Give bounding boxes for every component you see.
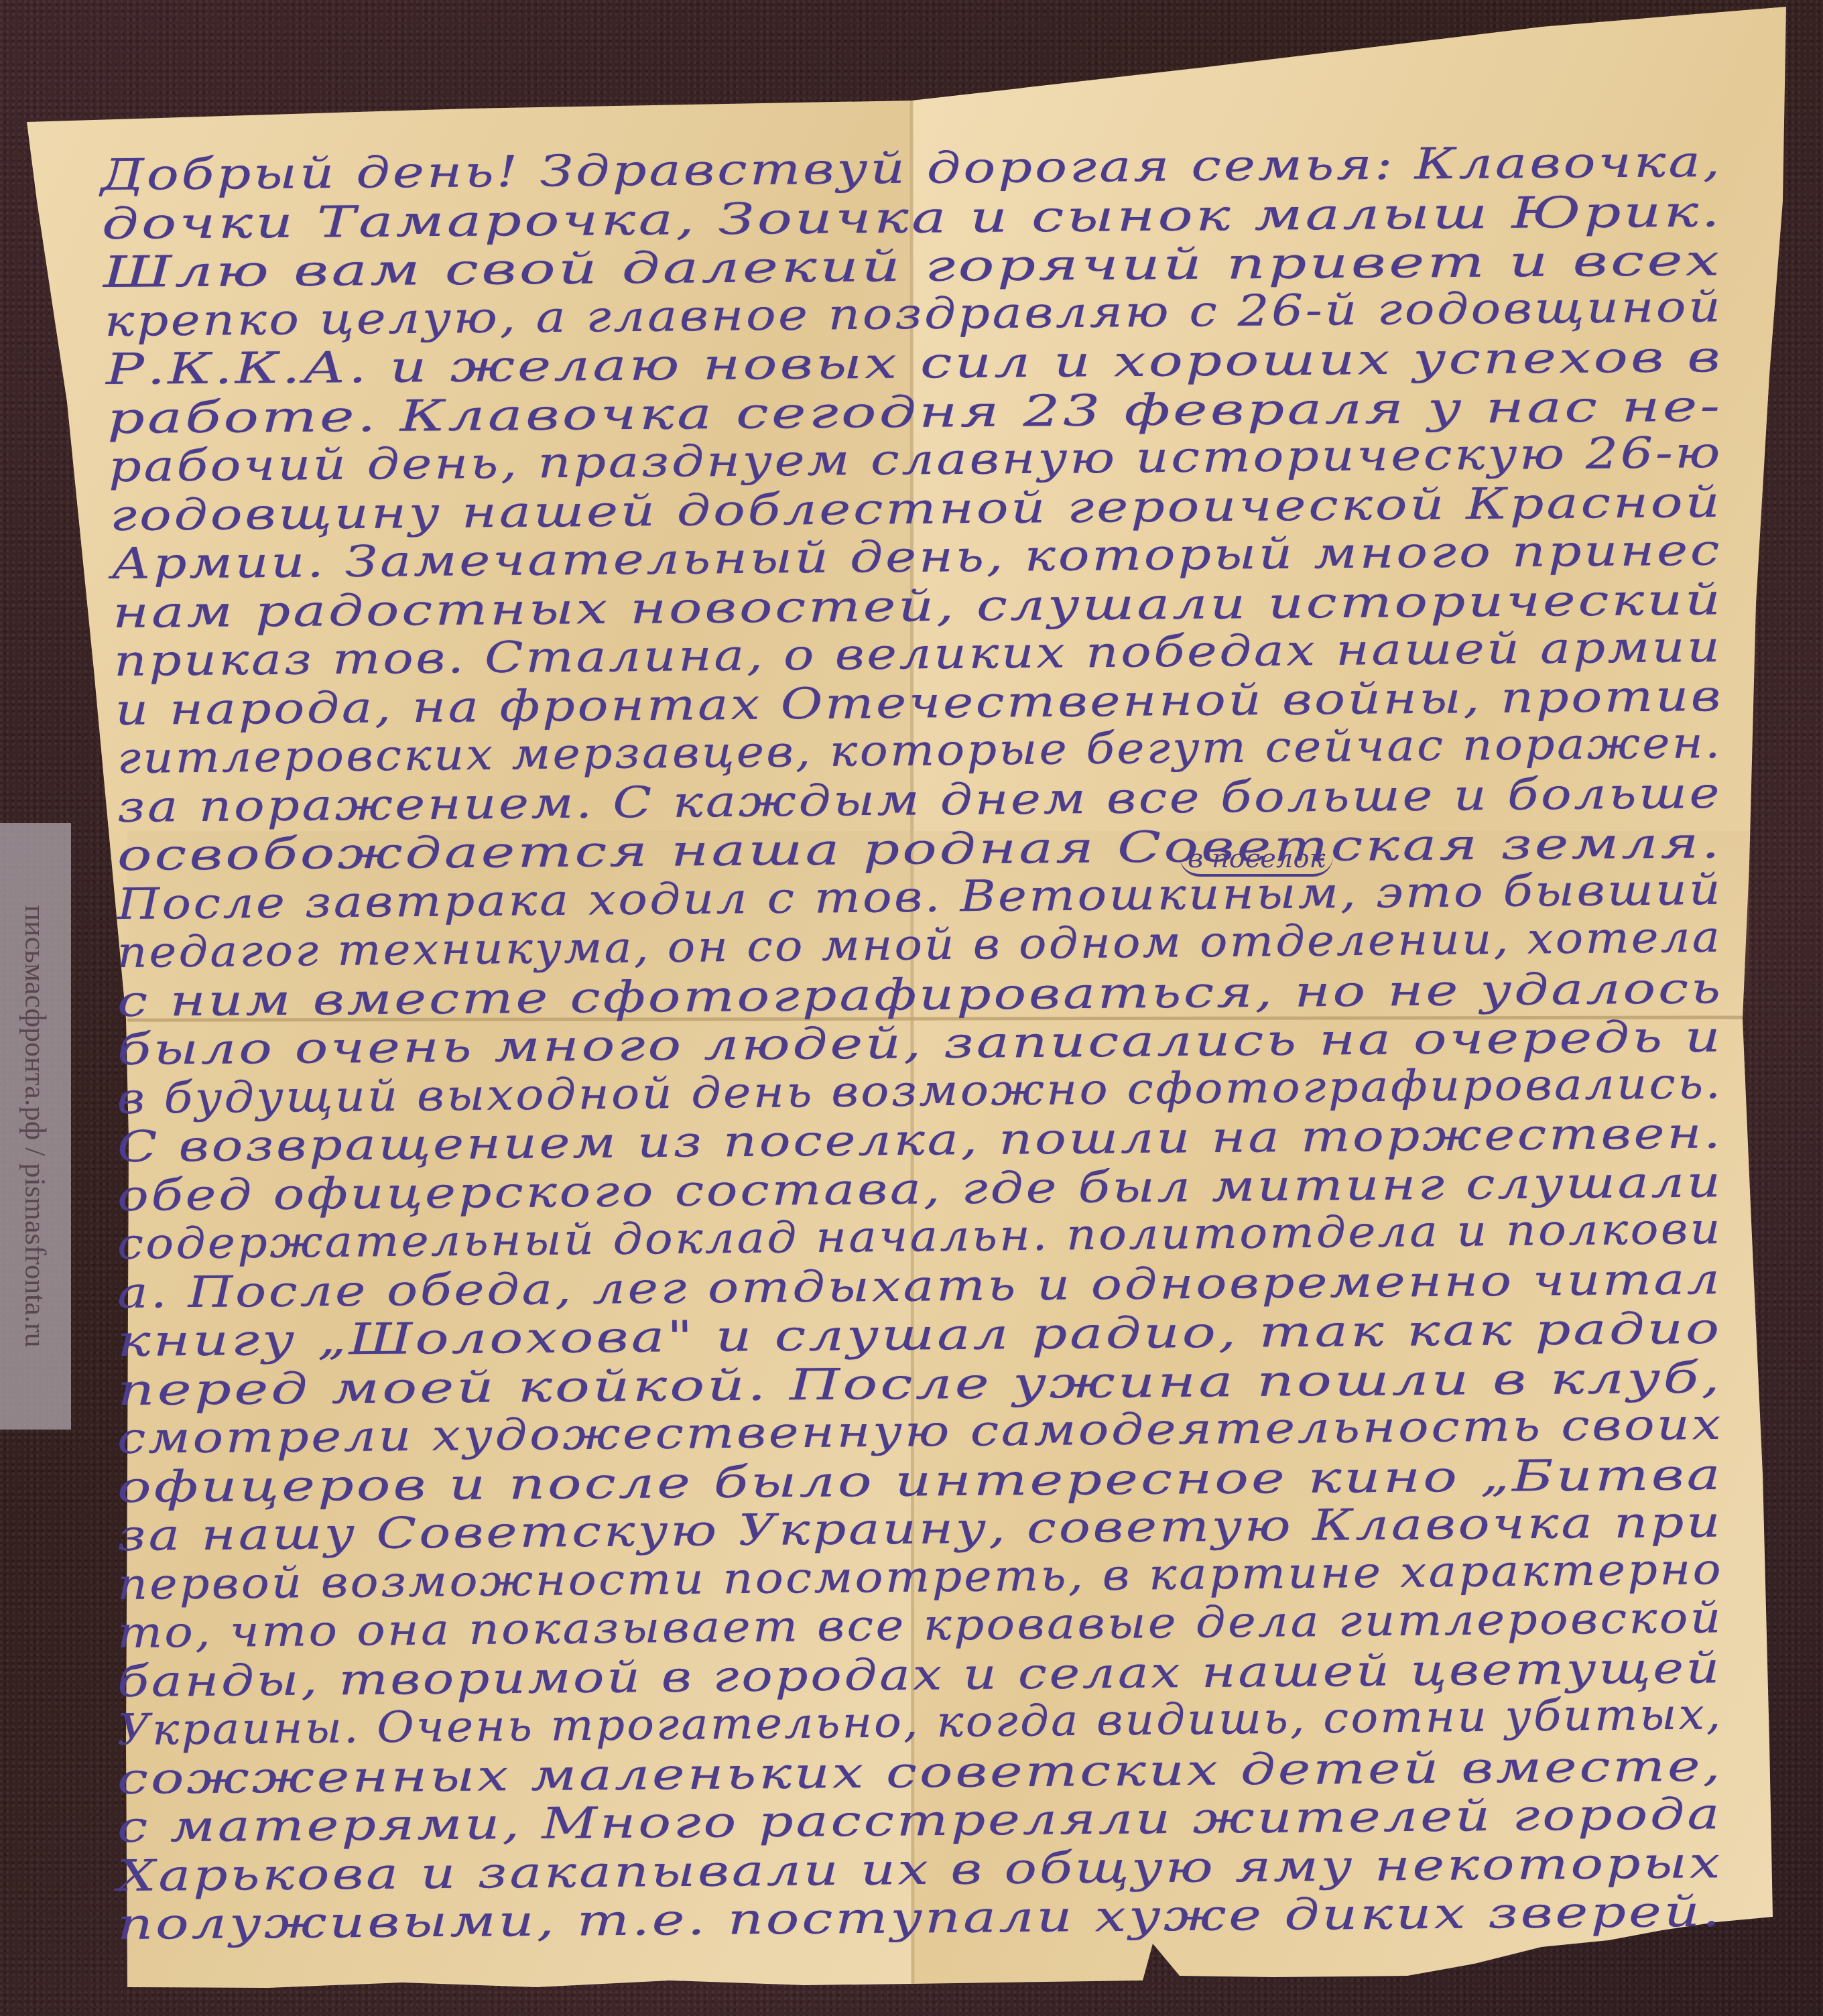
- handwritten-letter: Добрый день! Здравствуй дорогая семья: К…: [0, 0, 1823, 2016]
- inserted-correction: в поселок: [1180, 843, 1333, 877]
- site-watermark: письмасфронта.рф / pismasfronta.ru: [0, 823, 71, 1430]
- watermark-text: письмасфронта.рф / pismasfronta.ru: [19, 905, 53, 1348]
